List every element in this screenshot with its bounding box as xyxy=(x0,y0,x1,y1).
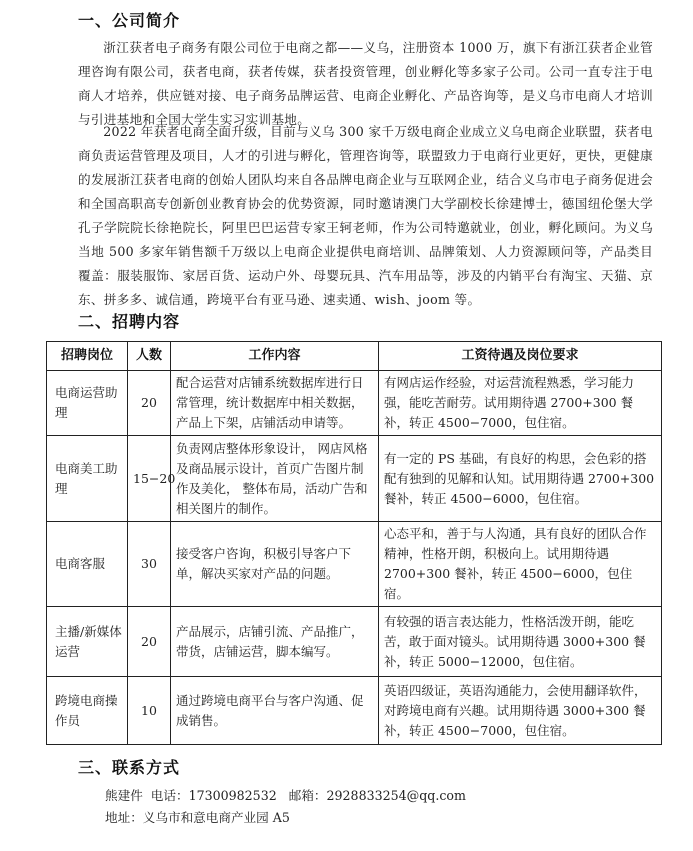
cell-position: 跨境电商操作员 xyxy=(47,677,128,745)
cell-duties: 负责网店整体形象设计， 网店风格及商品展示设计，首页广告图片制作及美化， 整体布… xyxy=(171,436,379,522)
header-count: 人数 xyxy=(128,342,171,371)
contact-name: 熊建件 xyxy=(105,788,143,803)
table-row: 主播/新媒体运营 20 产品展示，店铺引流、产品推广，带货，店铺运营，脚本编写。… xyxy=(47,607,662,677)
contact-line-2: 地址：义乌市和意电商产业园 A5 xyxy=(105,808,290,828)
phone-number[interactable]: 17300982532 xyxy=(189,788,277,803)
intro-paragraph-1: 浙江获者电子商务有限公司位于电商之都——义乌，注册资本 1000 万，旗下有浙江… xyxy=(78,36,653,132)
header-requirements: 工资待遇及岗位要求 xyxy=(379,342,662,371)
cell-position: 电商客服 xyxy=(47,522,128,607)
email-address[interactable]: 2928833254@qq.com xyxy=(327,788,466,803)
cell-count: 30 xyxy=(128,522,171,607)
cell-count: 20 xyxy=(128,607,171,677)
section-title-contact: 三、联系方式 xyxy=(78,755,180,778)
table-row: 电商美工助理 15−20 负责网店整体形象设计， 网店风格及商品展示设计，首页广… xyxy=(47,436,662,522)
intro-paragraph-2: 2022 年获者电商全面升级，目前与义乌 300 家千万级电商企业成立义乌电商企… xyxy=(78,120,653,312)
contact-line-1: 熊建件 电话：17300982532 邮箱：2928833254@qq.com xyxy=(105,786,466,806)
cell-requirements: 英语四级证，英语沟通能力，会使用翻译软件，对跨境电商有兴趣。试用期待遇 3000… xyxy=(379,677,662,745)
cell-count: 10 xyxy=(128,677,171,745)
cell-requirements: 有一定的 PS 基础，有良好的构思，会色彩的搭配有独到的见解和认知。试用期待遇 … xyxy=(379,436,662,522)
cell-requirements: 有网店运作经验，对运营流程熟悉，学习能力强，能吃苦耐劳。试用期待遇 2700+3… xyxy=(379,371,662,436)
address-label: 地址： xyxy=(105,810,143,825)
cell-duties: 产品展示，店铺引流、产品推广，带货，店铺运营，脚本编写。 xyxy=(171,607,379,677)
cell-count: 20 xyxy=(128,371,171,436)
table-row: 电商客服 30 接受客户咨询，积极引导客户下单，解决买家对产品的问题。 心态平和… xyxy=(47,522,662,607)
cell-count: 15−20 xyxy=(128,436,171,522)
cell-requirements: 有较强的语言表达能力，性格活泼开朗，能吃苦，敢于面对镜头。试用期待遇 3000+… xyxy=(379,607,662,677)
phone-label: 电话： xyxy=(151,788,189,803)
cell-position: 电商美工助理 xyxy=(47,436,128,522)
cell-duties: 配合运营对店铺系统数据库进行日常管理，统计数据库中相关数据，产品上下架，店铺活动… xyxy=(171,371,379,436)
header-duties: 工作内容 xyxy=(171,342,379,371)
cell-position: 电商运营助理 xyxy=(47,371,128,436)
recruitment-table: 招聘岗位 人数 工作内容 工资待遇及岗位要求 电商运营助理 20 配合运营对店铺… xyxy=(46,341,662,745)
cell-position: 主播/新媒体运营 xyxy=(47,607,128,677)
header-position: 招聘岗位 xyxy=(47,342,128,371)
address-value: 义乌市和意电商产业园 A5 xyxy=(143,810,290,825)
cell-requirements: 心态平和，善于与人沟通，具有良好的团队合作精神，性格开朗，积极向上。试用期待遇 … xyxy=(379,522,662,607)
table-header-row: 招聘岗位 人数 工作内容 工资待遇及岗位要求 xyxy=(47,342,662,371)
table-row: 跨境电商操作员 10 通过跨境电商平台与客户沟通、促成销售。 英语四级证，英语沟… xyxy=(47,677,662,745)
section-title-company-intro: 一、公司简介 xyxy=(78,8,180,31)
table-row: 电商运营助理 20 配合运营对店铺系统数据库进行日常管理，统计数据库中相关数据，… xyxy=(47,371,662,436)
cell-duties: 接受客户咨询，积极引导客户下单，解决买家对产品的问题。 xyxy=(171,522,379,607)
email-label: 邮箱： xyxy=(289,788,327,803)
section-title-recruitment: 二、招聘内容 xyxy=(78,309,180,332)
cell-duties: 通过跨境电商平台与客户沟通、促成销售。 xyxy=(171,677,379,745)
